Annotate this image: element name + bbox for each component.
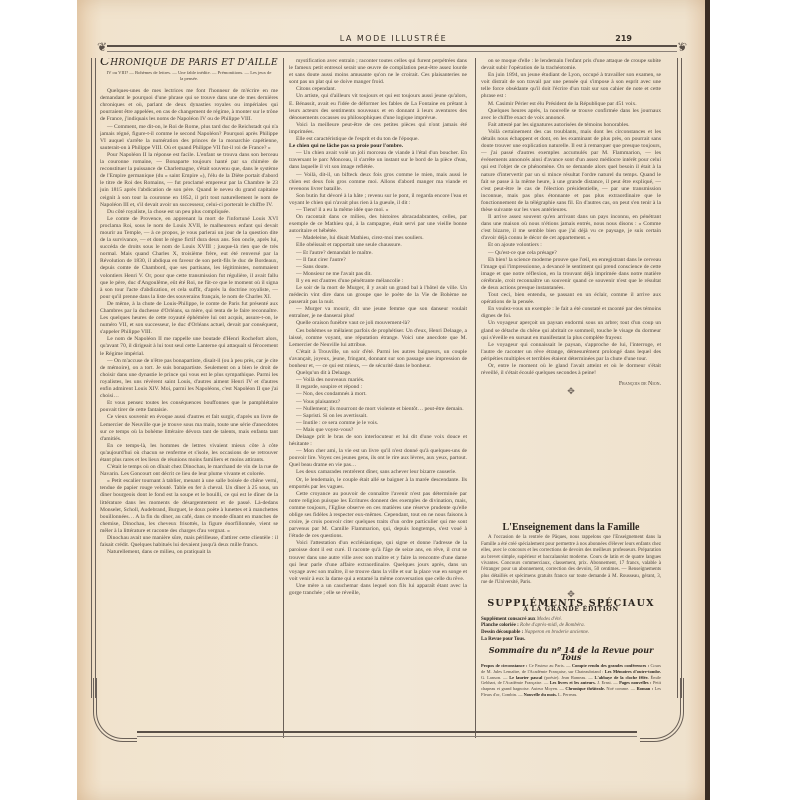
paragraph: Or, le lendemain, le couple était allé s… <box>289 477 467 491</box>
paragraph: C'était le temps où on dînait chez Dinoc… <box>100 464 278 478</box>
page-edge <box>705 0 710 800</box>
paragraph: — On m'accuse de n'être pas bonapartiste… <box>100 358 278 401</box>
paragraph: C'était à Trouville, un soir d'été. Parm… <box>289 349 467 370</box>
paragraph: En ce temps-là, les hommes de lettres vi… <box>100 443 278 464</box>
column-separator <box>475 58 476 738</box>
paragraph: Naturellement, dans ce milieu, on pratiq… <box>100 549 278 556</box>
paragraph: Une mère a un cauchemar dans lequel son … <box>289 583 467 597</box>
paragraph: Elle obéissait et rapportait une seule c… <box>289 242 467 249</box>
paragraph: Le voyageur qui connaissait le paysan, s… <box>481 342 661 363</box>
supplement-item: Dessin découpable : Napperon en broderie… <box>481 630 661 637</box>
article-body: on se moque d'elle : le lendemain l'enfa… <box>481 58 661 377</box>
paragraph: M. Casimir Périer est élu Président de l… <box>481 101 661 108</box>
paragraph: — Non, des condamnés à mort. <box>289 391 467 398</box>
paragraph: — Mais que voyez-vous? <box>289 427 467 434</box>
paragraph: — Sans doute. <box>289 264 467 271</box>
paragraph: Cette croyance au pouvoir de connaître l… <box>289 491 467 541</box>
paragraph: — Nullement; ils mourront de mort violen… <box>289 406 467 413</box>
section-divider-icon: ✥ <box>481 388 661 395</box>
paragraph: Pour Napoléon II la réponse est facile. … <box>100 152 278 209</box>
article-summary: IV ou VIII? — Bohèmes de lettres. — Une … <box>106 70 272 82</box>
paragraph: — Voilà, dit-il, un bifteck deux fois gr… <box>289 172 467 193</box>
paragraph: « Petit escalier tournant à tablier, men… <box>100 478 278 535</box>
paragraph: Delaage prit le bras de son interlocuteu… <box>289 434 467 448</box>
paragraph: Quelques heures après, la nouvelle se tr… <box>481 108 661 122</box>
paragraph: on se moque d'elle : le lendemain l'enfa… <box>481 58 661 72</box>
paragraph: Le comte de Provence, en apprenant la mo… <box>100 216 278 301</box>
paragraph: En juin 1894, un jeune étudiant de Lyon,… <box>481 72 661 100</box>
paragraph: Ces bohèmes se mêlaient parfois de proph… <box>289 328 467 349</box>
sidebar-notices: L'Enseignement dans la Famille A l'occas… <box>481 525 661 698</box>
paragraph: — Vous plaisantez? <box>289 399 467 406</box>
paragraph: Il regarde, soupire et répond : <box>289 384 467 391</box>
paragraph: — Murger va mourir, dit une jeune femme … <box>289 306 467 320</box>
supplement-item: La Revue pour Tous. <box>481 637 661 644</box>
paragraph: Son butin fut dévoré à la hâte ; revenu … <box>289 193 467 207</box>
paragraph: Et vous pensez toutes les conséquences b… <box>100 400 278 414</box>
paragraph: Voici la meilleure peut-être de ces peti… <box>289 122 467 136</box>
paragraph: On racontait dans ce milieu, des histoir… <box>289 214 467 235</box>
paragraph: Du côté royaliste, la chose est un peu p… <box>100 209 278 216</box>
article-column-1: CHRONIQUE DE PARIS ET D'AILLEURS IV ou V… <box>100 58 278 773</box>
sommaire-title: Sommaire du nº 14 de la Revue pour Tous <box>481 647 661 660</box>
paragraph: Ce vieux souvenir en évoque aussi d'autr… <box>100 414 278 442</box>
fable-title: Le chien qui ne lâche pas sa proie pour … <box>289 143 467 150</box>
paragraph: Eh bien! la science moderne prouve que l… <box>481 257 661 292</box>
decorative-corner-bottom-right <box>640 678 684 742</box>
paragraph: Elle est caractéristique de l'esprit et … <box>289 136 467 143</box>
paragraph: — Qu'est-ce que cela présage? <box>481 250 661 257</box>
frame-border-left <box>91 58 96 698</box>
paragraph: Le nom de Napoléon II me rappelle une bo… <box>100 336 278 357</box>
supplements-list: Supplément consacré aux Modes d'été.Plan… <box>481 617 661 643</box>
column-separator <box>283 58 284 738</box>
article-body: mystification avec entrain ; raconter to… <box>289 58 467 143</box>
paragraph: Dinochau avait une manière sûre, mais pé… <box>100 535 278 549</box>
paragraph: Fait attesté par les signatures autorisé… <box>481 122 661 129</box>
sommaire-body: Propos de circonstance : Ce Pasteur au P… <box>481 663 661 698</box>
paragraph: — Un chien avait volé un joli morceau de… <box>289 150 467 171</box>
article-column-2: mystification avec entrain ; raconter to… <box>289 58 467 773</box>
paragraph: — Madeleine, lui disait Mathieu, cirez-m… <box>289 235 467 242</box>
paragraph: — Inutile : ce sera comme je le vois. <box>289 420 467 427</box>
paragraph: — Tiens! il a eu la même idée que moi. » <box>289 207 467 214</box>
paragraph: — Monsieur ne me l'avait pas dit. <box>289 271 467 278</box>
article-title: CHRONIQUE DE PARIS ET D'AILLEURS <box>100 58 278 67</box>
paragraph: Quelques-unes de mes lectrices me font l… <box>100 88 278 123</box>
paragraph: — Sapristi. Si on les avertissait. <box>289 413 467 420</box>
paragraph: Il arrive assez souvent qu'en arrivant d… <box>481 214 661 242</box>
paragraph: En voulez-vous un exemple : le fait a ét… <box>481 306 661 320</box>
paragraph: Citons cependant. <box>289 86 467 93</box>
paragraph: Un voyageur aperçoit un paysan endormi s… <box>481 320 661 341</box>
supplement-item: Planche coloriée : Robe d'après-midi, de… <box>481 623 661 630</box>
header-rule <box>107 45 677 52</box>
paragraph: Un artiste, qui d'ailleurs vit toujours … <box>289 93 467 121</box>
paragraph: — Il faut cirer l'autre? <box>289 257 467 264</box>
paragraph: Et on ajoute volontiers : <box>481 242 661 249</box>
paragraph: Or, entre le moment où le gland l'avait … <box>481 363 661 377</box>
header-flourish-right-icon: ❦ <box>677 40 687 55</box>
paragraph: Tout ceci, bien entendu, se passant en u… <box>481 292 661 306</box>
paragraph: — Et l'autre? demandait le maître. <box>289 250 467 257</box>
paragraph: — Comment, me dit-on, le Roi de Rome, pl… <box>100 124 278 152</box>
paragraph: Il y en est d'autres d'une pénétrante mé… <box>289 278 467 285</box>
enseignement-body: A l'occasion de la rentrée de Pâques, no… <box>481 535 661 586</box>
newspaper-page: ❦ LA MODE ILLUSTRÉE 219 ❦ CHRONIQUE DE P… <box>77 0 710 800</box>
paragraph: — Mon cher ami, la vie est un livre qu'i… <box>289 448 467 469</box>
paragraph: Les deux camarades rentrèrent dîner, san… <box>289 469 467 476</box>
enseignement-title: L'Enseignement dans la Famille <box>481 525 661 531</box>
paragraph: — Voilà des nouveaux mariés. <box>289 377 467 384</box>
paragraph: Voilà certainement des cas troublants, m… <box>481 129 661 214</box>
supplement-item: Supplément consacré aux Modes d'été. <box>481 617 661 624</box>
paragraph: mystification avec entrain ; raconter to… <box>289 58 467 86</box>
paragraph: Le soir de la mort de Murger, il y avait… <box>289 285 467 306</box>
paragraph: Voici l'attestation d'un ecclésiastique,… <box>289 540 467 583</box>
article-body: Quelques-unes de mes lectrices me font l… <box>100 88 278 556</box>
paragraph: De même, à la chute de Louis-Philippe, l… <box>100 301 278 336</box>
footer-rule <box>137 731 637 737</box>
section-divider-icon: ✥ <box>481 591 661 597</box>
article-body: — Un chien avait volé un joli morceau de… <box>289 150 467 597</box>
frame-border-right <box>677 58 682 698</box>
page-number: 219 <box>615 34 632 43</box>
paragraph: Quelqu'un dit à Delaage. <box>289 370 467 377</box>
article-column-3: on se moque d'elle : le lendemain l'enfa… <box>481 58 661 538</box>
paragraph: Quelle oraison funèbre vaut ce joli mouv… <box>289 320 467 327</box>
